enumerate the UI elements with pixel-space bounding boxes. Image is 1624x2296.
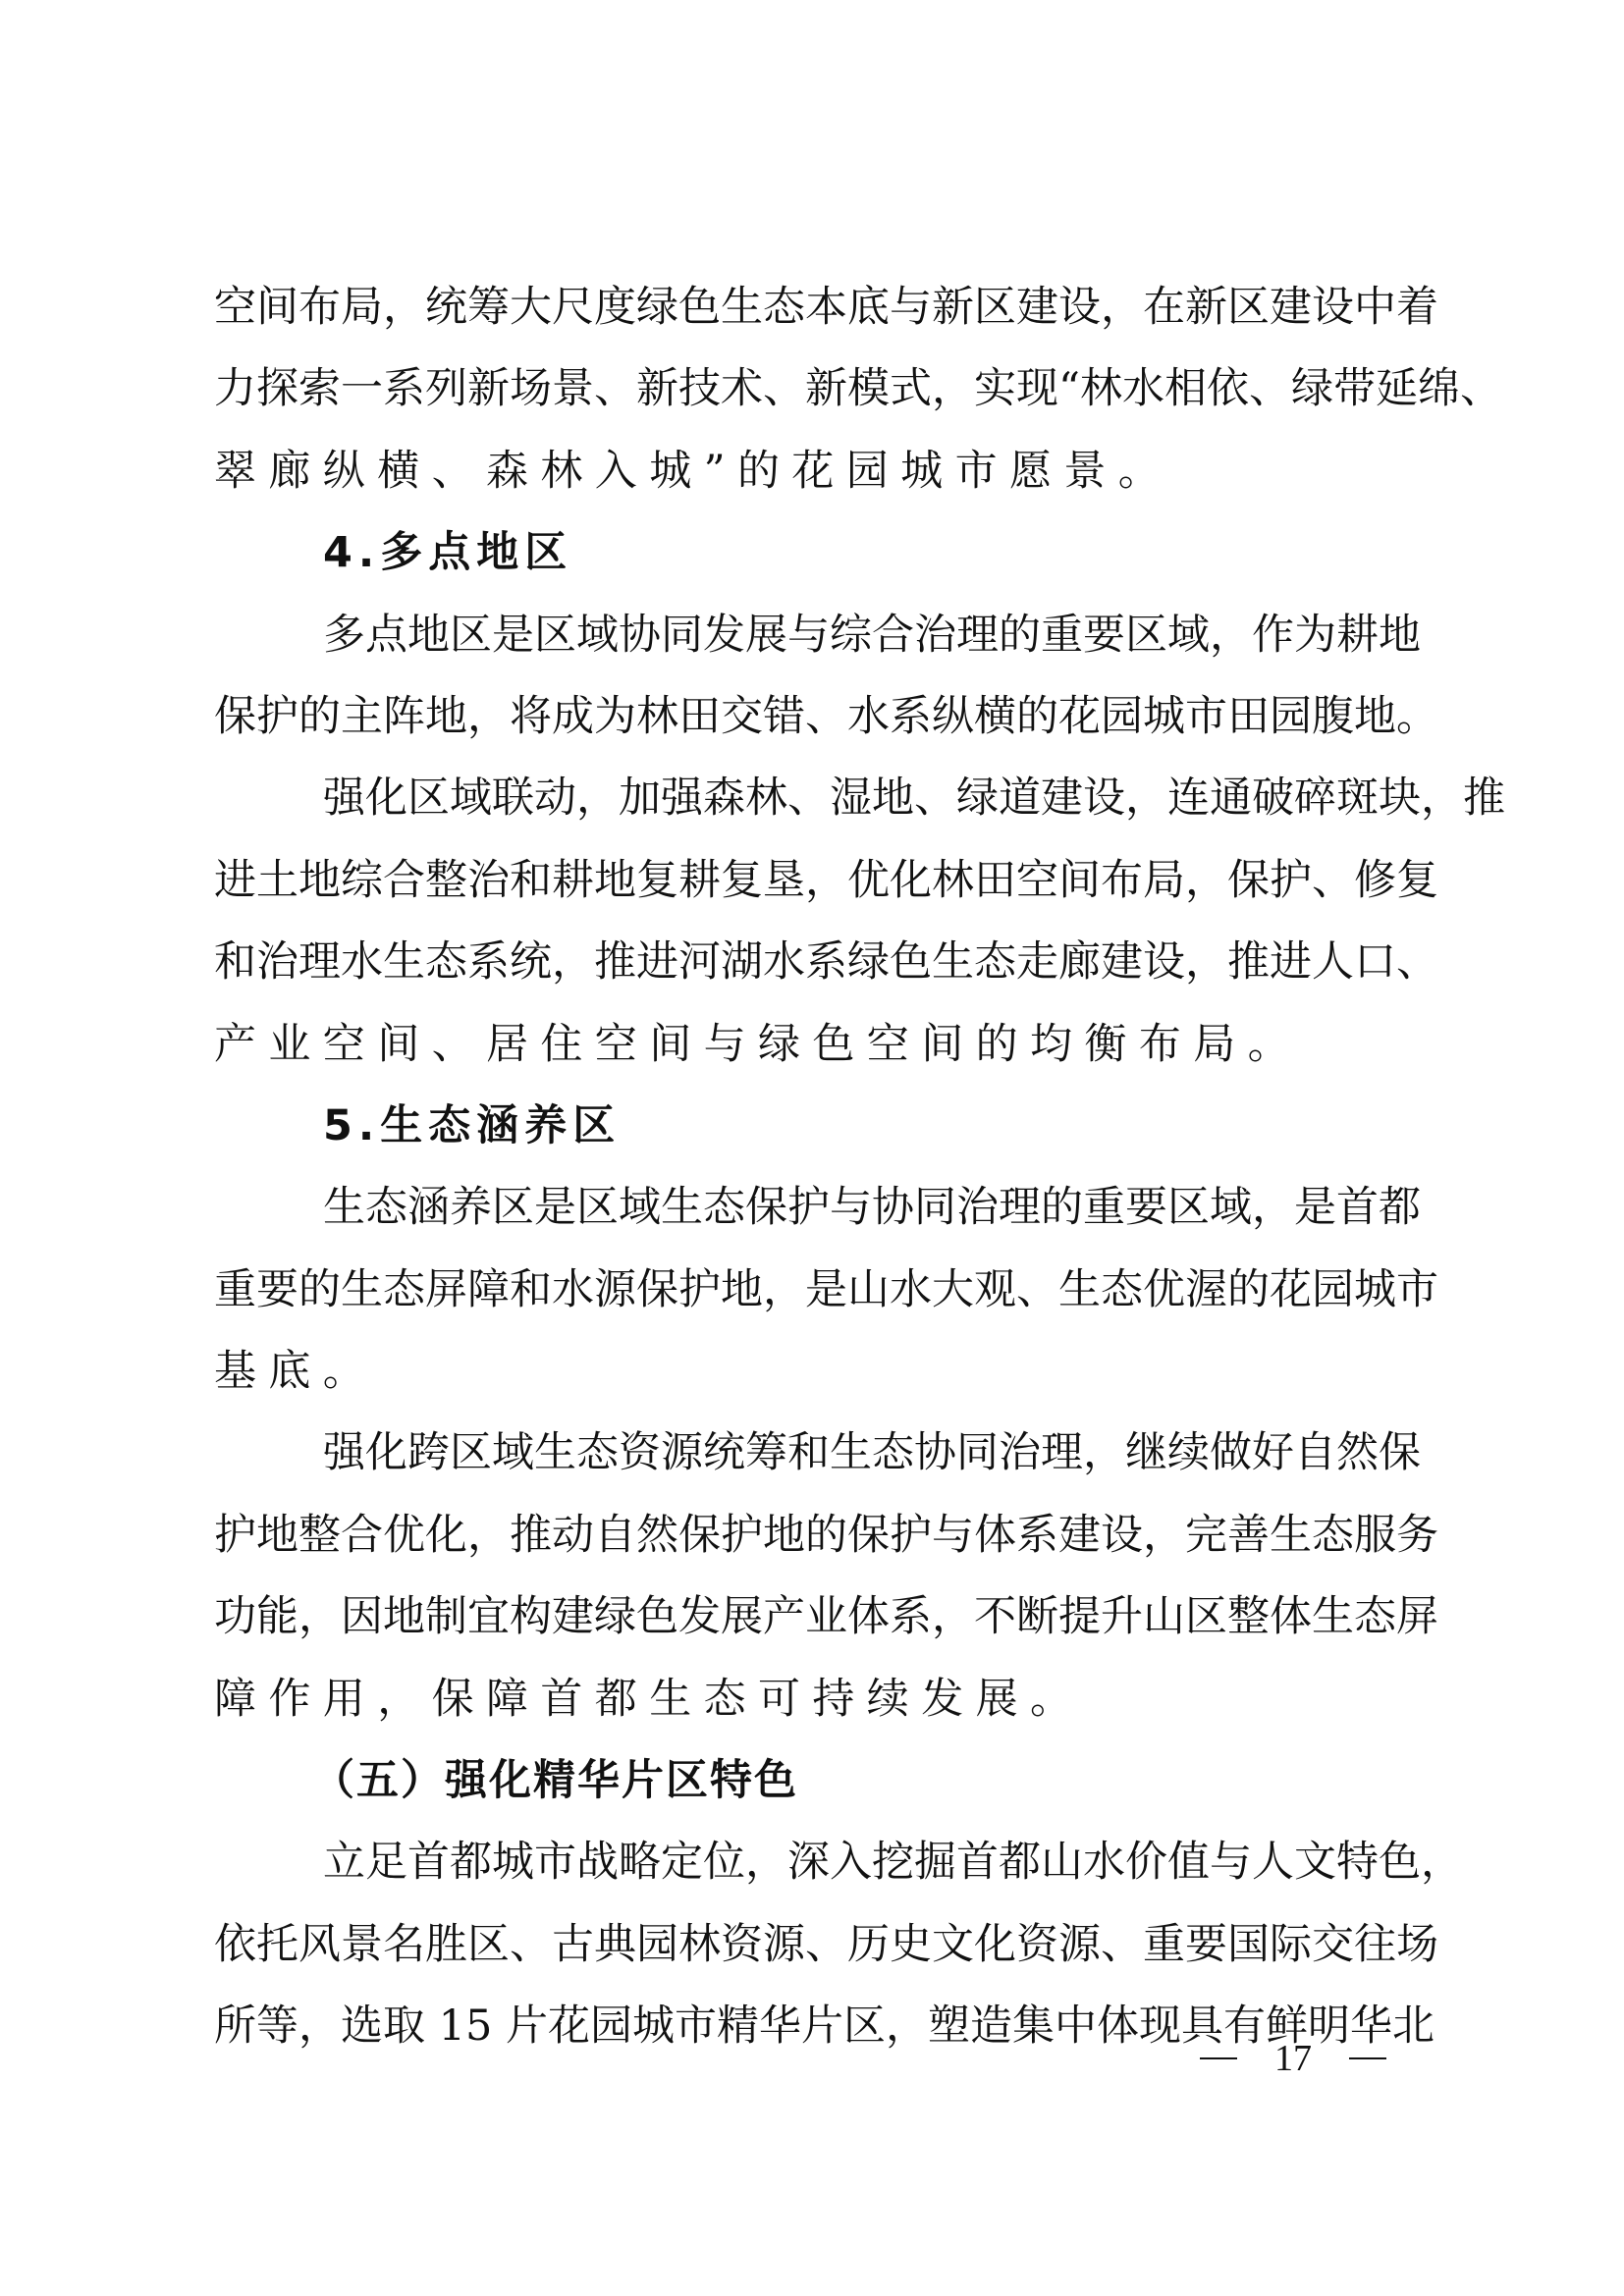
text-line: 生态涵养区是区域生态保护与协同治理的重要区域，是首都 [214, 1167, 1416, 1249]
document-body: 空间布局，统筹大尺度绿色生态本底与新区建设，在新区建设中着 力探索一系列新场景、… [214, 267, 1416, 2068]
text-line: 保护的主阵地，将成为林田交错、水系纵横的花园城市田园腹地。 [214, 676, 1416, 758]
text-line: 基底。 [214, 1331, 1416, 1413]
dash-left [1200, 2057, 1237, 2059]
text-line: 空间布局，统筹大尺度绿色生态本底与新区建设，在新区建设中着 [214, 267, 1416, 348]
document-page: 空间布局，统筹大尺度绿色生态本底与新区建设，在新区建设中着 力探索一系列新场景、… [0, 0, 1624, 2296]
text-line: 强化区域联动，加强森林、湿地、绿道建设，连通破碎斑块，推 [214, 758, 1416, 839]
text-line: 强化跨区域生态资源统筹和生态协同治理，继续做好自然保 [214, 1413, 1416, 1494]
text-line: 进土地综合整治和耕地复耕复垦，优化林田空间布局，保护、修复 [214, 840, 1416, 922]
dash-right [1349, 2057, 1386, 2059]
text-line: 依托风景名胜区、古典园林资源、历史文化资源、重要国际交往场 [214, 1904, 1416, 1986]
text-line: 障作用，保障首都生态可持续发展。 [214, 1659, 1416, 1740]
text-line: 立足首都城市战略定位，深入挖掘首都山水价值与人文特色， [214, 1822, 1416, 1903]
text-line: 产业空间、居住空间与绿色空间的均衡布局。 [214, 1004, 1416, 1086]
section-heading-multi-point-area: 4.多点地区 [214, 512, 1416, 594]
text-line: 重要的生态屏障和水源保护地，是山水大观、生态优渥的花园城市 [214, 1250, 1416, 1331]
paragraph-multi-point-intro: 多点地区是区域协同发展与综合治理的重要区域，作为耕地 保护的主阵地，将成为林田交… [214, 595, 1416, 759]
text-line: 力探索一系列新场景、新技术、新模式，实现“林水相依、绿带延绵、 [214, 348, 1416, 430]
text-line: 功能，因地制宜构建绿色发展产业体系，不断提升山区整体生态屏 [214, 1576, 1416, 1658]
text-line: 翠廊纵横、森林入城”的花园城市愿景。 [214, 431, 1416, 512]
page-number-value: 17 [1274, 2034, 1312, 2083]
paragraph-featured-areas: 立足首都城市战略定位，深入挖掘首都山水价值与人文特色， 依托风景名胜区、古典园林… [214, 1822, 1416, 2067]
text-line: 护地整合优化，推动自然保护地的保护与体系建设，完善生态服务 [214, 1495, 1416, 1576]
text-line: 和治理水生态系统，推进河湖水系绿色生态走廊建设，推进人口、 [214, 922, 1416, 1003]
paragraph-ecological-intro: 生态涵养区是区域生态保护与协同治理的重要区域，是首都 重要的生态屏障和水源保护地… [214, 1167, 1416, 1413]
section-heading-featured-areas: （五）强化精华片区特色 [214, 1740, 1416, 1822]
text-line: 多点地区是区域协同发展与综合治理的重要区域，作为耕地 [214, 595, 1416, 676]
paragraph-ecological-measures: 强化跨区域生态资源统筹和生态协同治理，继续做好自然保 护地整合优化，推动自然保护… [214, 1413, 1416, 1740]
paragraph-multi-point-measures: 强化区域联动，加强森林、湿地、绿道建设，连通破碎斑块，推 进土地综合整治和耕地复… [214, 758, 1416, 1086]
section-heading-ecological-conservation-area: 5.生态涵养区 [214, 1086, 1416, 1167]
page-number: 17 [1200, 2034, 1386, 2083]
paragraph-garden-city-vision: 空间布局，统筹大尺度绿色生态本底与新区建设，在新区建设中着 力探索一系列新场景、… [214, 267, 1416, 512]
